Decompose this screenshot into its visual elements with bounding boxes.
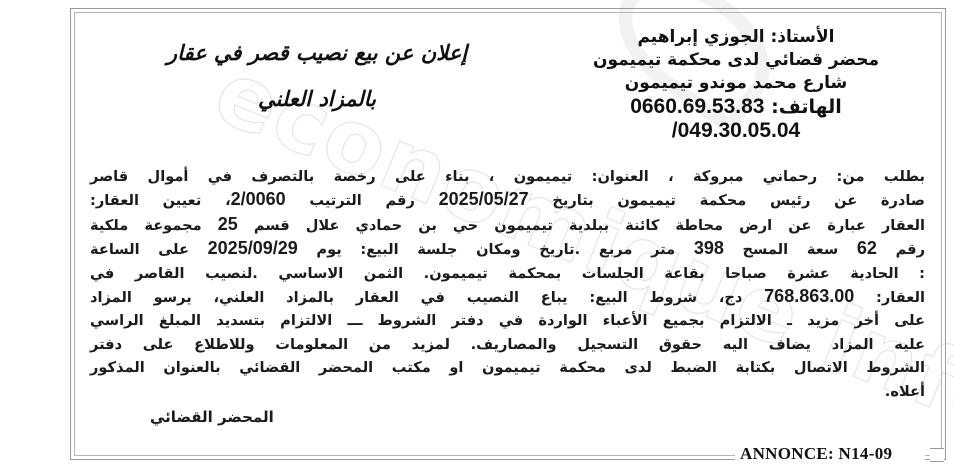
body-text-segment: : الحادية عشرة صباحا بقاعة الجلسات بمحكم… bbox=[90, 265, 925, 282]
body-text-segment: الشروط الاتصال بكتابة الضبط لدى محكمة تي… bbox=[90, 359, 925, 376]
body-text-segment: عليه المزاد يضاف اليه حقوق التسجيل والمص… bbox=[90, 336, 925, 353]
annonce-number: ANNONCE: N14-09 bbox=[740, 444, 892, 464]
signature: المحضر القضائي bbox=[150, 408, 274, 426]
body-line: العقار: 768.863.00 دج، شروط البيع: يباع … bbox=[90, 285, 925, 309]
body-text-segment: على أخر مزيد ـ الالتزام بجميع الأعباء ال… bbox=[90, 312, 925, 329]
body-line: بطلب من: رحماني مبروكة ، العنوان: تيميمو… bbox=[90, 165, 925, 188]
body-text-segment: دج، شروط البيع: يباع النصيب في العقار با… bbox=[90, 289, 764, 306]
body-text-segment: رقم bbox=[877, 241, 925, 258]
body-text-segment: مجموعة ملكية bbox=[90, 217, 218, 234]
body-line: العقار عبارة عن ارض محاطة كائنة ببلدية ت… bbox=[90, 213, 925, 237]
notice-title-line1: إعلان عن بيع نصيب قصر في عقار bbox=[82, 30, 552, 76]
body-number: 25 bbox=[218, 214, 238, 234]
notice-title: إعلان عن بيع نصيب قصر في عقار بالمزاد ال… bbox=[82, 30, 552, 122]
body-line: الشروط الاتصال بكتابة الضبط لدى محكمة تي… bbox=[90, 356, 925, 379]
notice-title-line2: بالمزاد العلني bbox=[82, 76, 552, 122]
phone-number: 0660.69.53.83 bbox=[630, 95, 764, 118]
body-text-segment: متر مربع .تاريخ ومكان جلسة البيع: يوم bbox=[298, 241, 694, 258]
bailiff-address: شارع محمد موندو تيميمون bbox=[566, 72, 906, 95]
body-text-segment: العقار: bbox=[854, 289, 925, 306]
body-text-segment: سعة المسح bbox=[724, 241, 857, 258]
fax-number: 049.30.05.04/ bbox=[566, 119, 906, 142]
body-text-segment: على الساعة bbox=[90, 241, 208, 258]
body-text-segment: رقم الترتيب bbox=[286, 192, 439, 209]
body-text-segment: العقار عبارة عن ارض محاطة كائنة ببلدية ت… bbox=[238, 217, 925, 234]
bailiff-role: محضر قضائي لدى محكمة تيميمون bbox=[566, 49, 906, 72]
bailiff-contact-block: الأستاذ: الجوزي إبراهيم محضر قضائي لدى م… bbox=[566, 26, 906, 142]
body-text-segment: ، تعيين العقار: bbox=[90, 192, 231, 209]
body-text-segment: بطلب من: رحماني مبروكة ، العنوان: تيميمو… bbox=[90, 168, 925, 185]
phone-label: الهاتف: bbox=[771, 96, 842, 118]
legal-notice-page: economique info الأستاذ: الجوزي إبراهيم … bbox=[0, 0, 954, 476]
body-number: 768.863.00 bbox=[764, 286, 854, 306]
body-number: 2025/09/29 bbox=[208, 238, 298, 258]
body-line: عليه المزاد يضاف اليه حقوق التسجيل والمص… bbox=[90, 333, 925, 356]
body-line: أعلاه. bbox=[90, 380, 925, 403]
bailiff-name: الأستاذ: الجوزي إبراهيم bbox=[566, 26, 906, 49]
phone-line: الهاتف: 0660.69.53.83 bbox=[566, 95, 906, 119]
body-text-segment: أعلاه. bbox=[885, 383, 925, 400]
notice-body: بطلب من: رحماني مبروكة ، العنوان: تيميمو… bbox=[90, 165, 925, 403]
body-line: على أخر مزيد ـ الالتزام بجميع الأعباء ال… bbox=[90, 309, 925, 332]
frame-stub bbox=[930, 448, 944, 462]
body-line: صادرة عن رئيس محكمة تيميمون بتاريخ 2025/… bbox=[90, 188, 925, 212]
body-text-segment: صادرة عن رئيس محكمة تيميمون بتاريخ bbox=[529, 192, 925, 209]
body-number: 2/0060 bbox=[231, 189, 286, 209]
body-number: 398 bbox=[694, 238, 724, 258]
body-number: 62 bbox=[857, 238, 877, 258]
body-line: : الحادية عشرة صباحا بقاعة الجلسات بمحكم… bbox=[90, 262, 925, 285]
body-line: رقم 62 سعة المسح 398 متر مربع .تاريخ ومك… bbox=[90, 237, 925, 261]
body-number: 2025/05/27 bbox=[439, 189, 529, 209]
